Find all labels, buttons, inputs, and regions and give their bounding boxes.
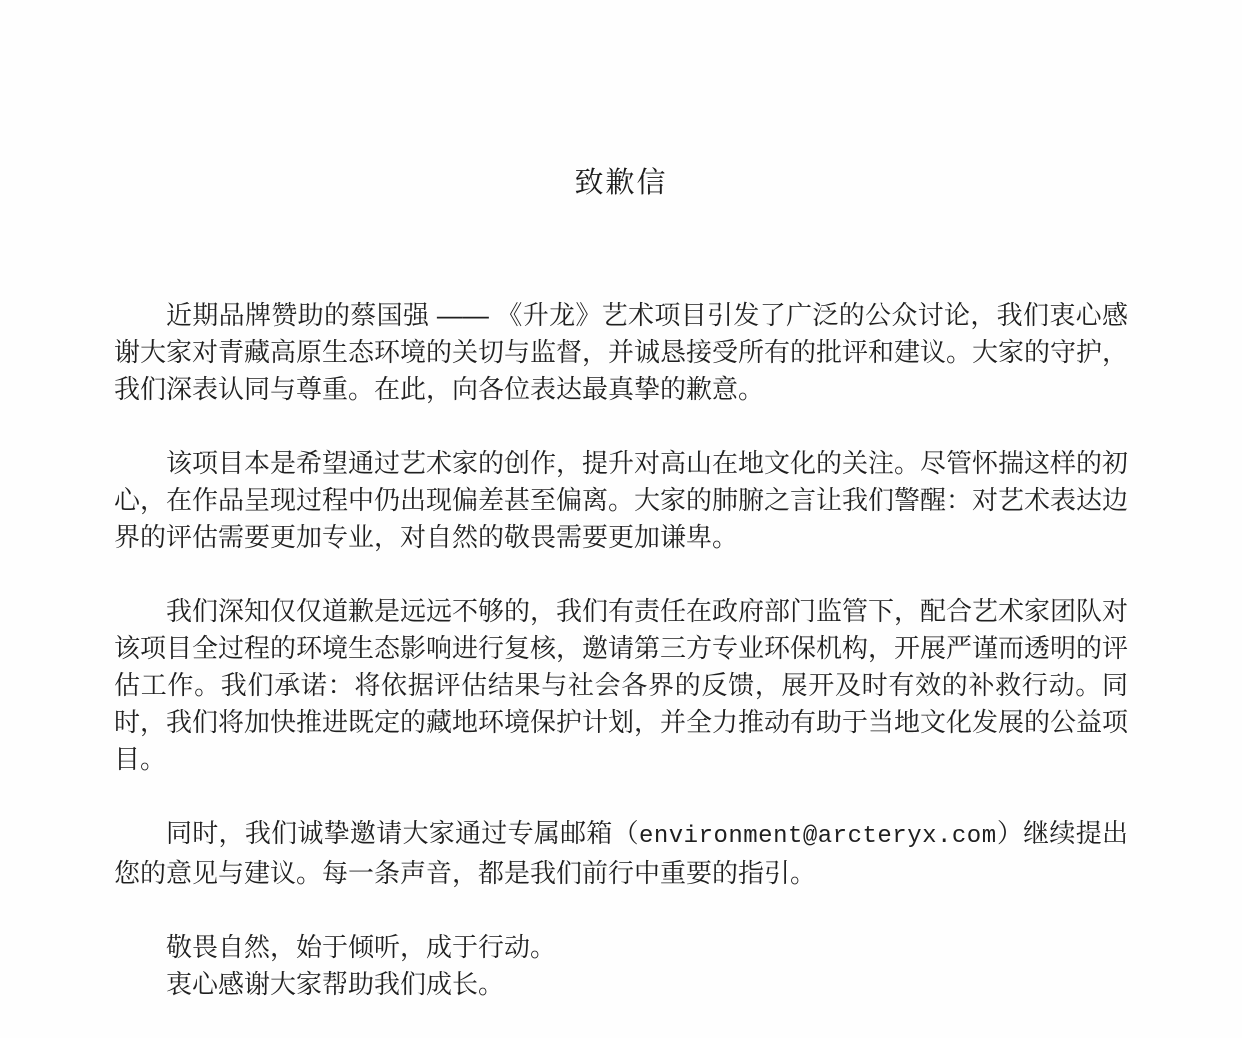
email-address: environment@arcteryx.com [639, 823, 997, 850]
letter-paragraph-3: 我们深知仅仅道歉是远远不够的，我们有责任在政府部门监管下，配合艺术家团队对该项目… [114, 593, 1128, 778]
letter-title: 致歉信 [114, 160, 1128, 201]
letter-paragraph-4: 同时，我们诚挚邀请大家通过专属邮箱（environment@arcteryx.c… [114, 815, 1128, 892]
letter-paragraph-2: 该项目本是希望通过艺术家的创作，提升对高山在地文化的关注。尽管怀揣这样的初心，在… [114, 445, 1128, 556]
closing-line-2: 衷心感谢大家帮助我们成长。 [114, 966, 1128, 1003]
contact-text-before: 同时，我们诚挚邀请大家通过专属邮箱（ [166, 818, 639, 848]
letter-paragraph-1: 近期品牌赞助的蔡国强 —— 《升龙》艺术项目引发了广泛的公众讨论，我们衷心感谢大… [114, 297, 1128, 408]
closing-line-1: 敬畏自然，始于倾听，成于行动。 [114, 929, 1128, 966]
closing-lines: 敬畏自然，始于倾听，成于行动。 衷心感谢大家帮助我们成长。 [114, 929, 1128, 1003]
apology-letter-page: 致歉信 近期品牌赞助的蔡国强 —— 《升龙》艺术项目引发了广泛的公众讨论，我们衷… [0, 0, 1242, 1038]
